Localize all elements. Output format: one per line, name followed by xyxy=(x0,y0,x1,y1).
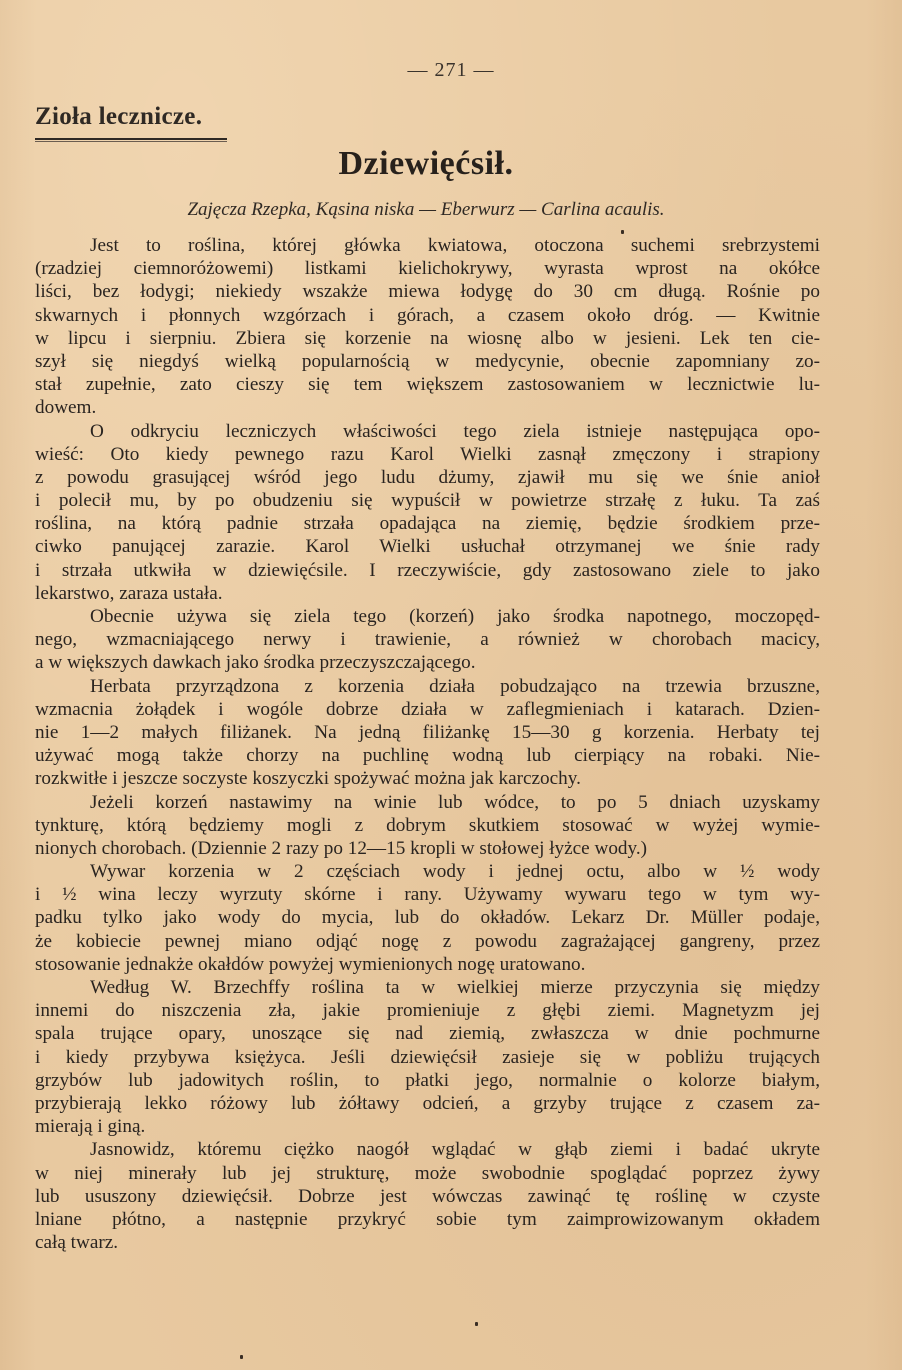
text-line: z powodu grasującej wśród jego ludu dżum… xyxy=(35,466,820,489)
text-line: Wywar korzenia w 2 częściach wody i jedn… xyxy=(35,860,820,883)
text-line: roślina, na którą padnie strzała opadają… xyxy=(35,512,820,535)
text-line: w lipcu i sierpniu. Zbiera się korzenie … xyxy=(35,327,820,350)
text-line: Herbata przyrządzona z korzenia działa p… xyxy=(35,675,820,698)
text-line: Jeżeli korzeń nastawimy na winie lub wód… xyxy=(35,791,820,814)
text-line: lub ususzony dziewięćsił. Dobrze jest wó… xyxy=(35,1185,820,1208)
paragraph: Herbata przyrządzona z korzenia działa p… xyxy=(35,675,820,791)
text-line: rozkwitłe i jeszcze soczyste koszyczki s… xyxy=(35,767,820,790)
text-line: lekarstwo, zaraza ustała. xyxy=(35,582,820,605)
article-title: Dziewięćsił. xyxy=(0,145,852,183)
text-line: i ½ wina leczy wyrzuty skórne i rany. Uż… xyxy=(35,883,820,906)
text-line: padku tylko jako wody do mycia, lub do o… xyxy=(35,906,820,929)
text-line: nionych chorobach. (Dziennie 2 razy po 1… xyxy=(35,837,820,860)
article-body: Jest to roślina, której główka kwiatowa,… xyxy=(35,234,820,1254)
paragraph: O odkryciu leczniczych właściwości tego … xyxy=(35,420,820,606)
text-line: i strzała utkwiła w dziewięćsile. I rzec… xyxy=(35,559,820,582)
text-line: Obecnie używa się ziela tego (korzeń) ja… xyxy=(35,605,820,628)
text-line: przybierają lekko różowy lub żółtawy odc… xyxy=(35,1092,820,1115)
paper-speck xyxy=(475,1322,478,1326)
paragraph: Jasnowidz, któremu ciężko naogół wglądać… xyxy=(35,1138,820,1254)
text-line: ciwko panującej zarazie. Karol Wielki us… xyxy=(35,535,820,558)
text-line: Jasnowidz, któremu ciężko naogół wglądać… xyxy=(35,1138,820,1161)
text-line: innemi do niszczenia zła, jakie promieni… xyxy=(35,999,820,1022)
text-line: (rzadziej ciemnoróżowemi) listkami kieli… xyxy=(35,257,820,280)
text-line: wzmacnia żołądek i wogóle dobrze działa … xyxy=(35,698,820,721)
text-line: liści, bez łodygi; niekiedy wszakże miew… xyxy=(35,280,820,303)
paragraph: Obecnie używa się ziela tego (korzeń) ja… xyxy=(35,605,820,675)
paper-speck xyxy=(240,1355,243,1359)
text-line: stał zupełnie, zato cieszy się tem więks… xyxy=(35,373,820,396)
text-line: całą twarz. xyxy=(35,1231,820,1254)
text-line: i polecił mu, by po obudzeniu się wypuśc… xyxy=(35,489,820,512)
text-line: dowem. xyxy=(35,396,820,419)
text-line: grzybów lub jadowitych roślin, to płatki… xyxy=(35,1069,820,1092)
text-line: używać mogą także chorzy na puchlinę wod… xyxy=(35,744,820,767)
text-line: Jest to roślina, której główka kwiatowa,… xyxy=(35,234,820,257)
paper-speck xyxy=(621,230,624,234)
text-line: nie 1—2 małych filiżanek. Na jedną filiż… xyxy=(35,721,820,744)
text-line: wieść: Oto kiedy pewnego razu Karol Wiel… xyxy=(35,443,820,466)
paragraph: Wywar korzenia w 2 częściach wody i jedn… xyxy=(35,860,820,976)
text-line: w niej minerały lub jej strukturę, może … xyxy=(35,1162,820,1185)
text-line: lniane płótno, a następnie przykryć sobi… xyxy=(35,1208,820,1231)
paragraph: Jest to roślina, której główka kwiatowa,… xyxy=(35,234,820,420)
text-line: spala trujące opary, unoszące się nad zi… xyxy=(35,1022,820,1045)
article-subtitle-synonyms: Zajęcza Rzepka, Kąsina niska — Eberwurz … xyxy=(0,199,852,221)
section-header: Zioła lecznicze. xyxy=(35,103,202,131)
text-line: Według W. Brzechffy roślina ta w wielkie… xyxy=(35,976,820,999)
text-line: stosowanie jednakże okałdów powyżej wymi… xyxy=(35,953,820,976)
paragraph: Jeżeli korzeń nastawimy na winie lub wód… xyxy=(35,791,820,861)
text-line: nego, wzmacniającego nerwy i trawienie, … xyxy=(35,628,820,651)
text-line: tynkturę, którą będziemy mogli z dobrym … xyxy=(35,814,820,837)
section-underline-divider xyxy=(35,138,227,142)
text-line: mierają i giną. xyxy=(35,1115,820,1138)
text-line: skwarnych i płonnych wzgórzach i górach,… xyxy=(35,304,820,327)
page-number: — 271 — xyxy=(0,59,902,82)
text-line: O odkryciu leczniczych właściwości tego … xyxy=(35,420,820,443)
text-line: że kobiecie pewnej miano odjąć nogę z po… xyxy=(35,930,820,953)
text-line: a w większych dawkach jako środka przecz… xyxy=(35,651,820,674)
paragraph: Według W. Brzechffy roślina ta w wielkie… xyxy=(35,976,820,1138)
text-line: szył się niegdyś wielką popularnością w … xyxy=(35,350,820,373)
text-line: i kiedy przybywa księżyca. Jeśli dziewię… xyxy=(35,1046,820,1069)
